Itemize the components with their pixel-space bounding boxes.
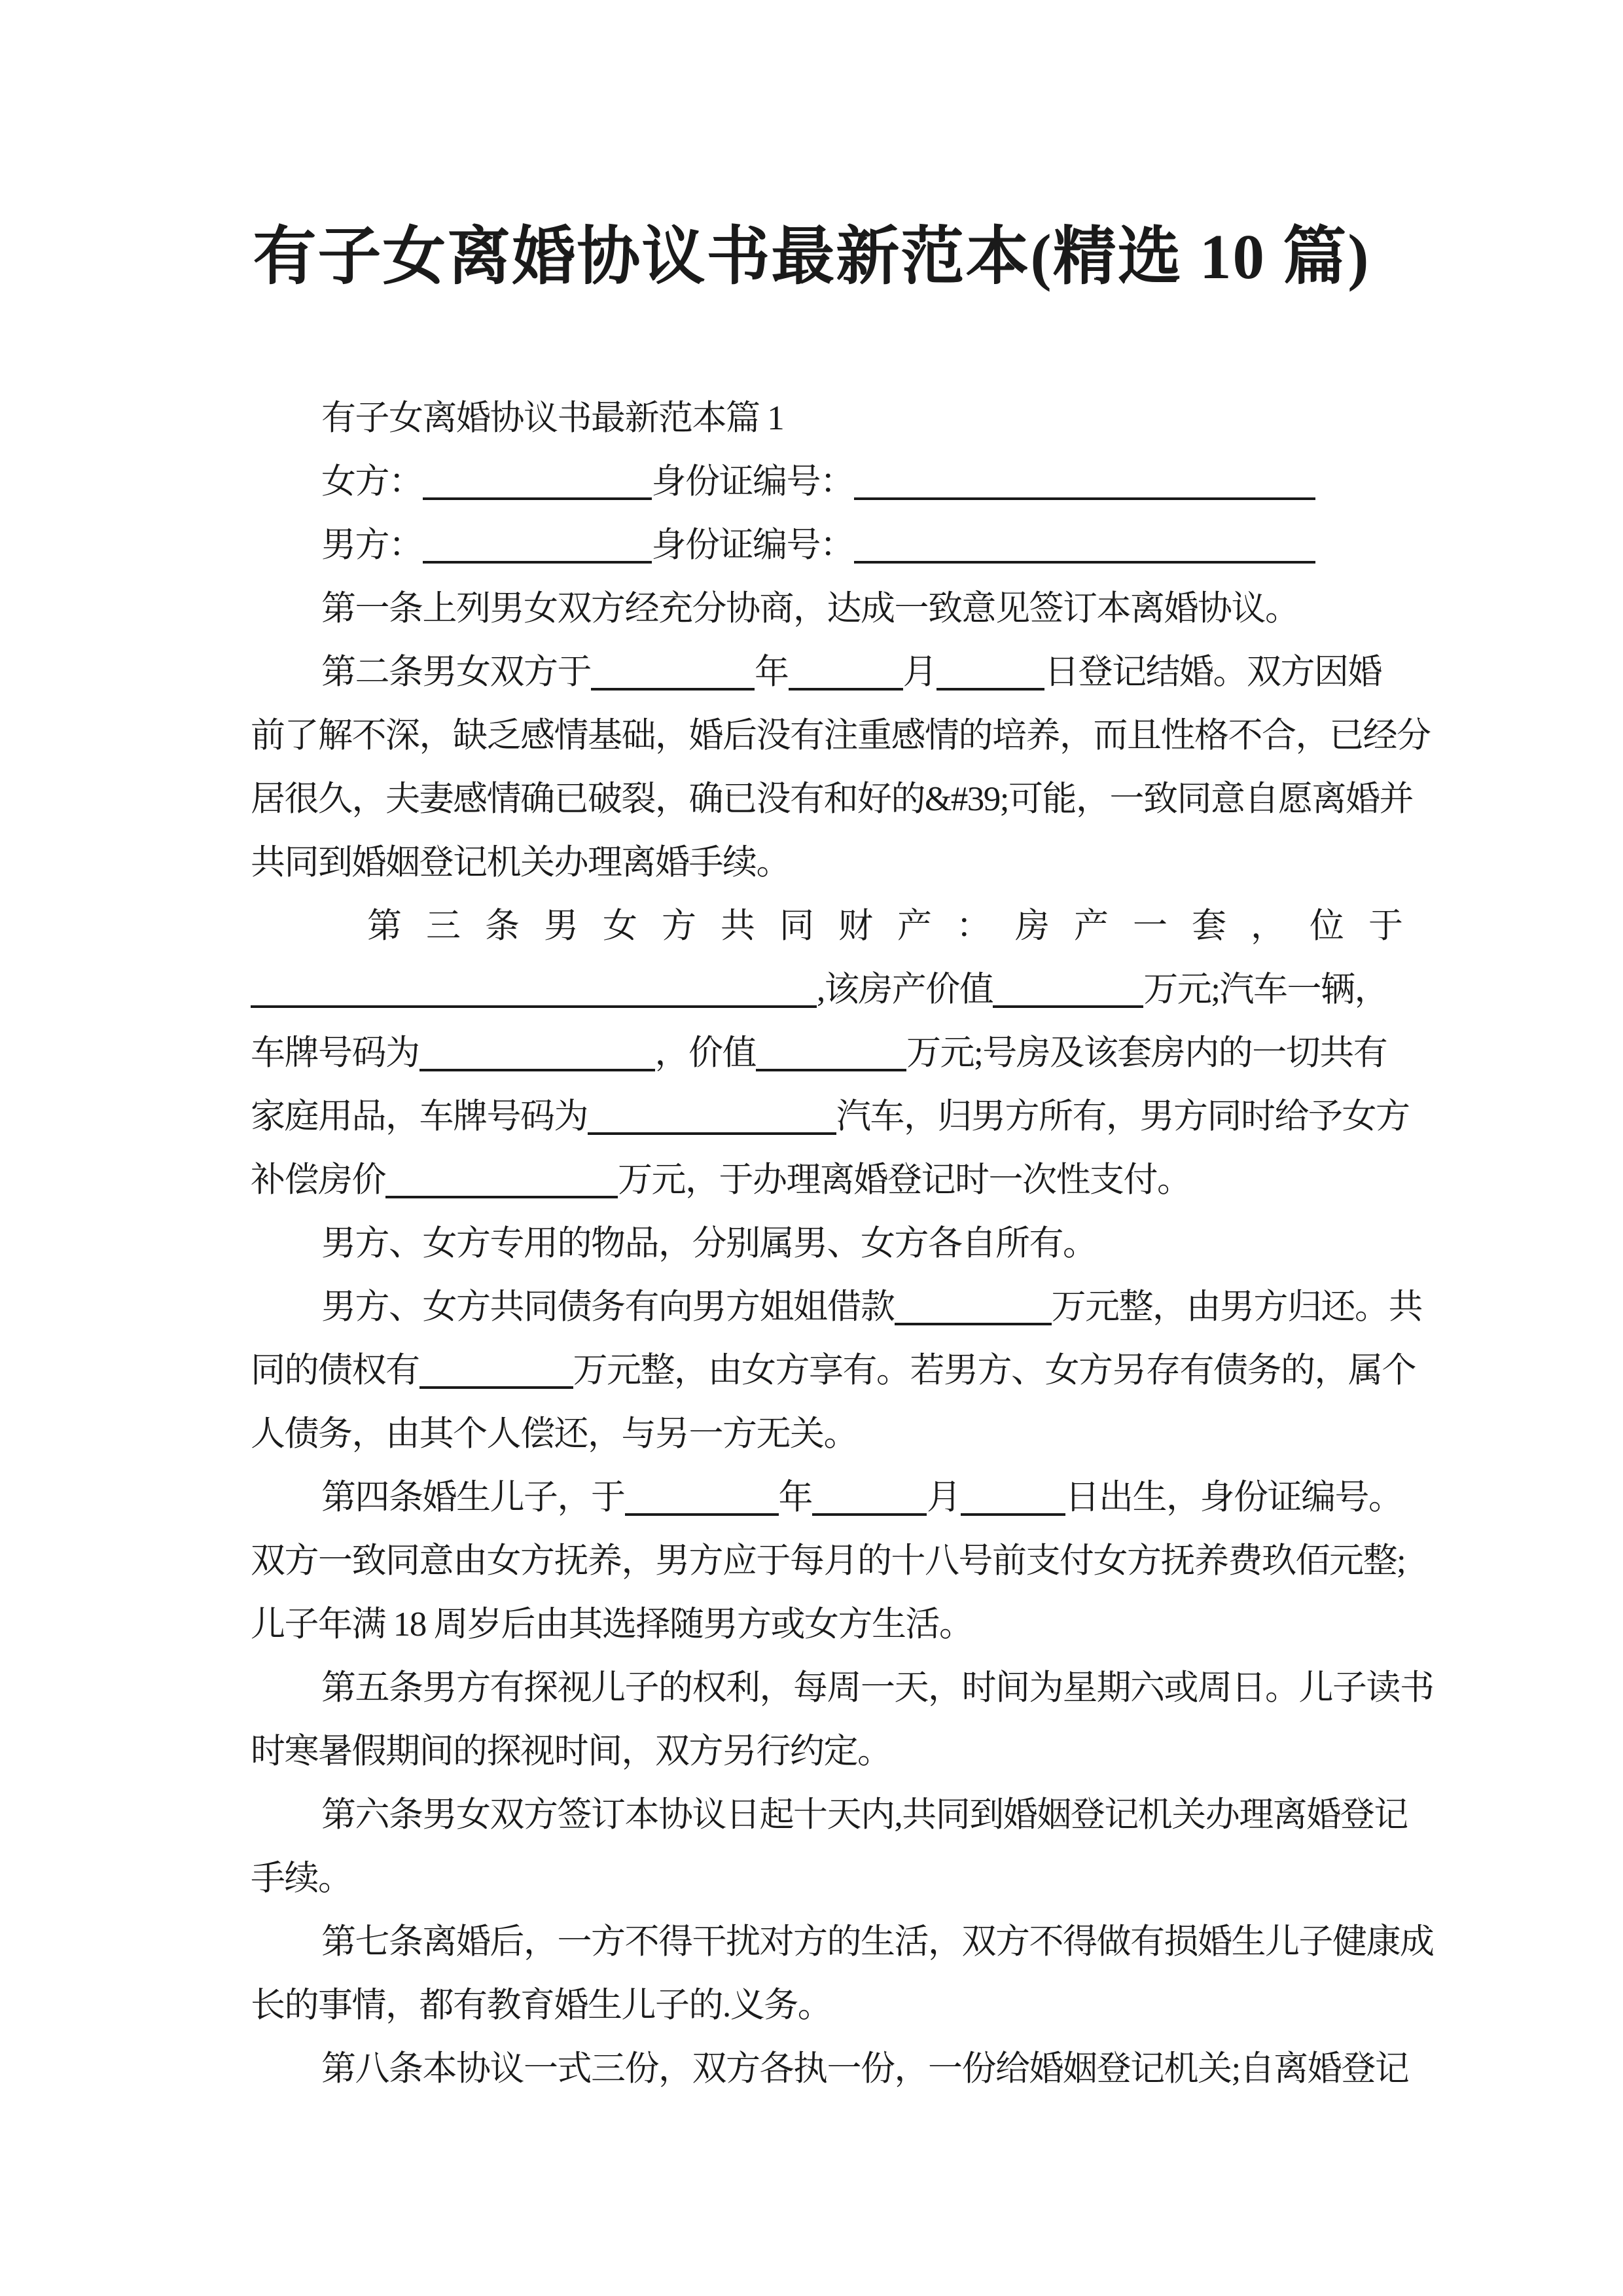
text-run: ，价值 — [655, 1034, 757, 1072]
blank-fill-in-field — [591, 683, 755, 691]
text-run: 前了解不深，缺乏感情基础，婚后没有注重感情的培养，而且性格不合，已经分 — [251, 717, 1431, 755]
text-run: 第四条婚生儿子，于 — [321, 1479, 625, 1516]
text-run: 身份证编号： — [652, 526, 854, 564]
blank-fill-in-field — [756, 1064, 906, 1071]
document-line: 第八条本协议一式三份，双方各执一份，一份给婚姻登记机关;自离婚登记 — [251, 2037, 1427, 2101]
text-run: 共同到婚姻登记机关办理离婚手续。 — [251, 844, 790, 882]
blank-fill-in-field — [993, 1000, 1143, 1008]
blank-fill-in-field — [961, 1508, 1065, 1516]
text-run: 手续。 — [251, 1859, 352, 1897]
text-run: 汽车，归男方所有，男方同时给予女方 — [836, 1098, 1410, 1136]
blank-fill-in-field — [423, 492, 652, 500]
text-run: 女方： — [321, 463, 423, 501]
document-line: 手续。 — [251, 1847, 1427, 1910]
text-run: 万元;汽车一辆， — [1143, 971, 1388, 1009]
document-line: 长的事情，都有教育婚生儿子的.义务。 — [251, 1974, 1427, 2037]
blank-fill-in-field — [251, 1000, 817, 1008]
text-run: 日出生，身份证编号。 — [1065, 1479, 1402, 1516]
blank-fill-in-field — [419, 1064, 655, 1071]
document-line: 儿子年满 18 周岁后由其选择随男方或女方生活。 — [251, 1593, 1427, 1657]
text-run: 同的债权有 — [251, 1352, 419, 1390]
document-line: 第五条男方有探视儿子的权利，每周一天，时间为星期六或周日。儿子读书 — [251, 1657, 1427, 1720]
document-line: 居很久，夫妻感情确已破裂，确已没有和好的&#39;可能，一致同意自愿离婚并 — [251, 768, 1427, 831]
text-run: 万元，于办理离婚登记时一次性支付。 — [618, 1161, 1191, 1199]
document-page: 有子女离婚协议书最新范本(精选 10 篇) 有子女离婚协议书最新范本篇 1女方：… — [0, 0, 1623, 2296]
text-run: ,该房产价值 — [817, 971, 993, 1009]
blank-fill-in-field — [385, 1191, 618, 1198]
blank-fill-in-field — [625, 1508, 779, 1516]
text-run: 男方： — [321, 526, 423, 564]
blank-fill-in-field — [854, 556, 1315, 564]
document-body: 有子女离婚协议书最新范本篇 1女方：身份证编号：男方：身份证编号：第一条上列男女… — [251, 387, 1427, 2101]
text-run: 双方一致同意由女方抚养，男方应于每月的十八号前支付女方抚养费玖佰元整; — [251, 1542, 1405, 1580]
text-run: 第五条男方有探视儿子的权利，每周一天，时间为星期六或周日。儿子读书 — [321, 1669, 1434, 1707]
text-run: 车牌号码为 — [251, 1034, 419, 1072]
text-run: 居很久，夫妻感情确已破裂，确已没有和好的&#39;可能，一致同意自愿离婚并 — [251, 780, 1413, 818]
text-run: 补偿房价 — [251, 1161, 385, 1199]
document-line: 第六条男女双方签订本协议日起十天内,共同到婚姻登记机关办理离婚登记 — [251, 1784, 1427, 1847]
document-line: 第三条男女方共同财产：房产一套，位于 — [251, 895, 1427, 958]
text-run: 身份证编号： — [652, 463, 854, 501]
blank-fill-in-field — [936, 683, 1044, 691]
document-line: 有子女离婚协议书最新范本篇 1 — [251, 387, 1427, 450]
text-run: 第一条上列男女双方经充分协商，达成一致意见签订本离婚协议。 — [321, 590, 1299, 628]
text-run: 第八条本协议一式三份，双方各执一份，一份给婚姻登记机关;自离婚登记 — [321, 2050, 1408, 2088]
text-run: 第二条男女双方于 — [321, 653, 591, 691]
document-line: 双方一致同意由女方抚养，男方应于每月的十八号前支付女方抚养费玖佰元整; — [251, 1530, 1427, 1593]
text-run: 月 — [903, 653, 937, 691]
document-line: 前了解不深，缺乏感情基础，婚后没有注重感情的培养，而且性格不合，已经分 — [251, 704, 1427, 768]
text-run: 日登记结婚。双方因婚 — [1044, 653, 1382, 691]
document-title: 有子女离婚协议书最新范本(精选 10 篇) — [0, 43, 1623, 295]
text-run: 男方、女方共同债务有向男方姐姐借款 — [321, 1288, 895, 1326]
document-line: 同的债权有万元整，由女方享有。若男方、女方另存有债务的，属个 — [251, 1339, 1427, 1403]
text-run: 有子女离婚协议书最新范本篇 1 — [321, 399, 783, 437]
blank-fill-in-field — [789, 683, 903, 691]
blank-fill-in-field — [588, 1127, 836, 1135]
text-run: 时寒暑假期间的探视时间，双方另行约定。 — [251, 1732, 891, 1770]
document-line: 男方、女方专用的物品，分别属男、女方各自所有。 — [251, 1212, 1427, 1276]
document-line: 共同到婚姻登记机关办理离婚手续。 — [251, 831, 1427, 895]
text-run: 第七条离婚后，一方不得干扰对方的生活，双方不得做有损婚生儿子健康成 — [321, 1923, 1434, 1961]
document-line: 男方：身份证编号： — [251, 514, 1427, 577]
text-run: 月 — [927, 1479, 961, 1516]
document-line: 人债务，由其个人偿还，与另一方无关。 — [251, 1403, 1427, 1466]
document-line: 男方、女方共同债务有向男方姐姐借款万元整，由男方归还。共 — [251, 1276, 1427, 1339]
document-line: 第一条上列男女双方经充分协商，达成一致意见签订本离婚协议。 — [251, 577, 1427, 641]
text-run: 人债务，由其个人偿还，与另一方无关。 — [251, 1415, 857, 1453]
text-run: 年 — [779, 1479, 813, 1516]
text-run: 男方、女方专用的物品，分别属男、女方各自所有。 — [321, 1225, 1097, 1263]
document-line: 补偿房价万元，于办理离婚登记时一次性支付。 — [251, 1149, 1427, 1212]
document-line: 车牌号码为，价值万元;号房及该套房内的一切共有 — [251, 1022, 1427, 1085]
document-line: 第二条男女双方于年月日登记结婚。双方因婚 — [251, 641, 1427, 704]
text-run: 第三条男女方共同财产：房产一套，位于 — [367, 907, 1427, 945]
text-run: 万元;号房及该套房内的一切共有 — [906, 1034, 1387, 1072]
text-run: 年 — [755, 653, 789, 691]
document-line: 时寒暑假期间的探视时间，双方另行约定。 — [251, 1720, 1427, 1784]
document-line: 家庭用品，车牌号码为汽车，归男方所有，男方同时给予女方 — [251, 1085, 1427, 1149]
document-line: 女方：身份证编号： — [251, 450, 1427, 514]
text-run: 万元整，由女方享有。若男方、女方另存有债务的，属个 — [573, 1352, 1416, 1390]
blank-fill-in-field — [423, 556, 652, 564]
text-run: 第六条男女双方签订本协议日起十天内,共同到婚姻登记机关办理离婚登记 — [321, 1796, 1408, 1834]
blank-fill-in-field — [419, 1381, 573, 1389]
document-line: ,该房产价值万元;汽车一辆， — [251, 958, 1427, 1022]
text-run: 家庭用品，车牌号码为 — [251, 1098, 588, 1136]
document-line: 第四条婚生儿子，于年月日出生，身份证编号。 — [251, 1466, 1427, 1530]
blank-fill-in-field — [895, 1318, 1052, 1325]
text-run: 万元整，由男方归还。共 — [1052, 1288, 1423, 1326]
text-run: 儿子年满 18 周岁后由其选择随男方或女方生活。 — [251, 1605, 973, 1643]
document-line: 第七条离婚后，一方不得干扰对方的生活，双方不得做有损婚生儿子健康成 — [251, 1910, 1427, 1974]
blank-fill-in-field — [812, 1508, 927, 1516]
blank-fill-in-field — [854, 492, 1315, 500]
text-run: 长的事情，都有教育婚生儿子的.义务。 — [251, 1986, 831, 2024]
